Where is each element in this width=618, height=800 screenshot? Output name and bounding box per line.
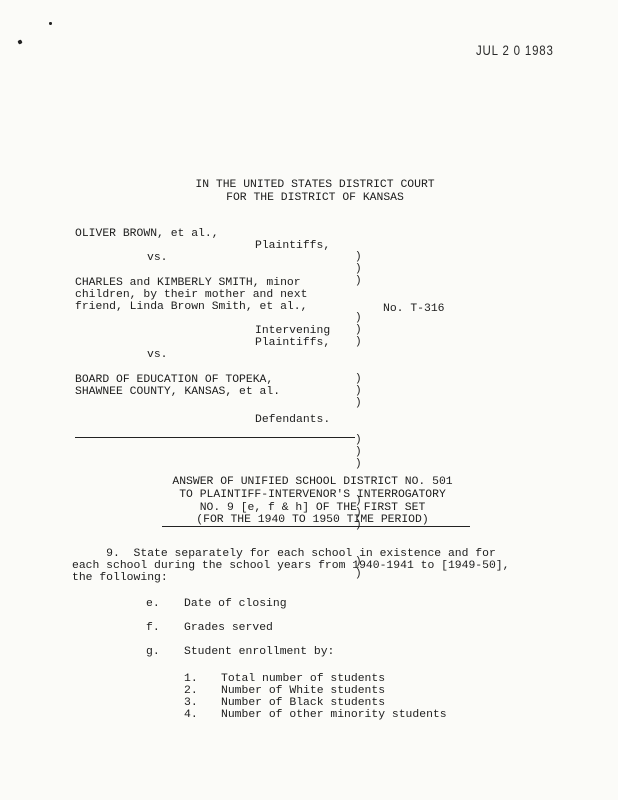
intervenor-line1: CHARLES and KIMBERLY SMITH, minor — [75, 277, 301, 289]
interrogatory-line2: each school during the school years from… — [72, 560, 509, 572]
caption-paren-column: ))) ))) ))) ))) ))) )) — [355, 226, 365, 593]
court-header-line2: FOR THE DISTRICT OF KANSAS — [150, 192, 480, 204]
plaintiff-role: Plaintiffs, — [255, 240, 330, 252]
defendant-line1: BOARD OF EDUCATION OF TOPEKA, — [75, 374, 273, 386]
intervenor-line3: friend, Linda Brown Smith, et al., — [75, 301, 307, 313]
caption-underline — [75, 437, 355, 438]
versus-2: vs. — [147, 349, 168, 361]
title-line3: NO. 9 [e, f & h] OF THE FIRST SET — [140, 502, 485, 514]
interrogatory-line3: the following: — [72, 572, 168, 584]
intervenor-line2: children, by their mother and next — [75, 289, 307, 301]
subitem-1-text: Total number of students — [221, 673, 385, 685]
item-g-letter: g. — [146, 646, 160, 658]
intervenor-role-line1: Intervening — [255, 325, 330, 337]
subitem-2-num: 2. — [184, 685, 198, 697]
subitem-3-text: Number of Black students — [221, 697, 385, 709]
item-f-letter: f. — [146, 622, 160, 634]
subitem-1-num: 1. — [184, 673, 198, 685]
subitem-4-text: Number of other minority students — [221, 709, 447, 721]
scan-speck — [17, 39, 22, 44]
plaintiff-name: OLIVER BROWN, et al., — [75, 228, 219, 240]
defendant-line2: SHAWNEE COUNTY, KANSAS, et al. — [75, 386, 280, 398]
subitem-4-num: 4. — [184, 709, 198, 721]
item-g-text: Student enrollment by: — [184, 646, 334, 658]
item-e-text: Date of closing — [184, 598, 287, 610]
item-e-letter: e. — [146, 598, 160, 610]
defendant-role: Defendants. — [255, 414, 330, 426]
title-line4: (FOR THE 1940 TO 1950 TIME PERIOD) — [140, 514, 485, 526]
subitem-3-num: 3. — [184, 697, 198, 709]
subitem-2-text: Number of White students — [221, 685, 385, 697]
case-number: No. T-316 — [383, 303, 445, 315]
versus-1: vs. — [147, 252, 168, 264]
scan-speck — [49, 22, 52, 25]
title-line1: ANSWER OF UNIFIED SCHOOL DISTRICT NO. 50… — [140, 476, 485, 488]
intervenor-role-line2: Plaintiffs, — [255, 337, 330, 349]
title-underline — [162, 526, 470, 527]
court-header-line1: IN THE UNITED STATES DISTRICT COURT — [150, 179, 480, 191]
interrogatory-line1: 9. State separately for each school in e… — [72, 548, 496, 560]
title-line2: TO PLAINTIFF-INTERVENOR'S INTERROGATORY — [140, 489, 485, 501]
received-date-stamp: JUL 2 0 1983 — [476, 42, 554, 58]
item-f-text: Grades served — [184, 622, 273, 634]
